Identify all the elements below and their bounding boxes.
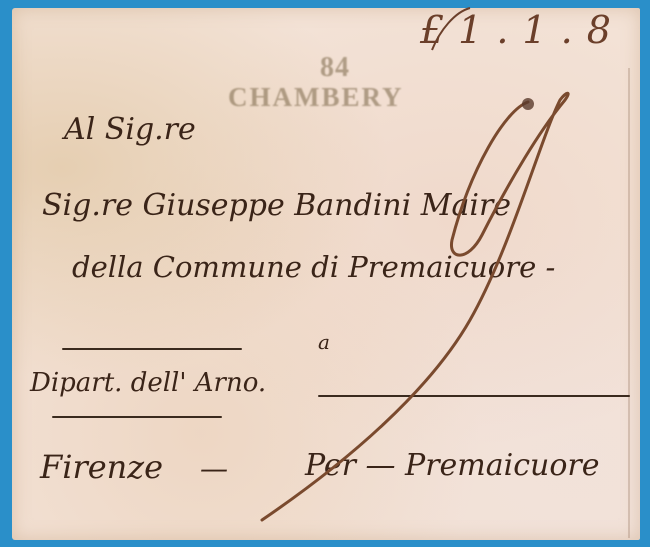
paper-fold-edge bbox=[628, 68, 630, 538]
postmark-number: 84 bbox=[320, 52, 350, 84]
rule-below-department bbox=[52, 416, 222, 418]
salutation: Al Sig.re bbox=[64, 112, 196, 147]
office-line: della Commune di Premaicuore - bbox=[72, 250, 555, 284]
address-a: a bbox=[318, 330, 330, 354]
recipient-line: Sig.re Giuseppe Bandini Maire bbox=[42, 188, 511, 223]
city-line: Firenze bbox=[40, 448, 163, 486]
city-dash: — bbox=[200, 452, 228, 485]
rule-above-department bbox=[62, 348, 242, 350]
department-line: Dipart. dell' Arno. bbox=[30, 368, 266, 398]
routing-line: Per — Premaicuore bbox=[305, 448, 600, 483]
rate-marking: £1.1.8 bbox=[420, 8, 625, 52]
rule-right bbox=[318, 395, 630, 397]
postmark-town: CHAMBERY bbox=[228, 82, 404, 113]
